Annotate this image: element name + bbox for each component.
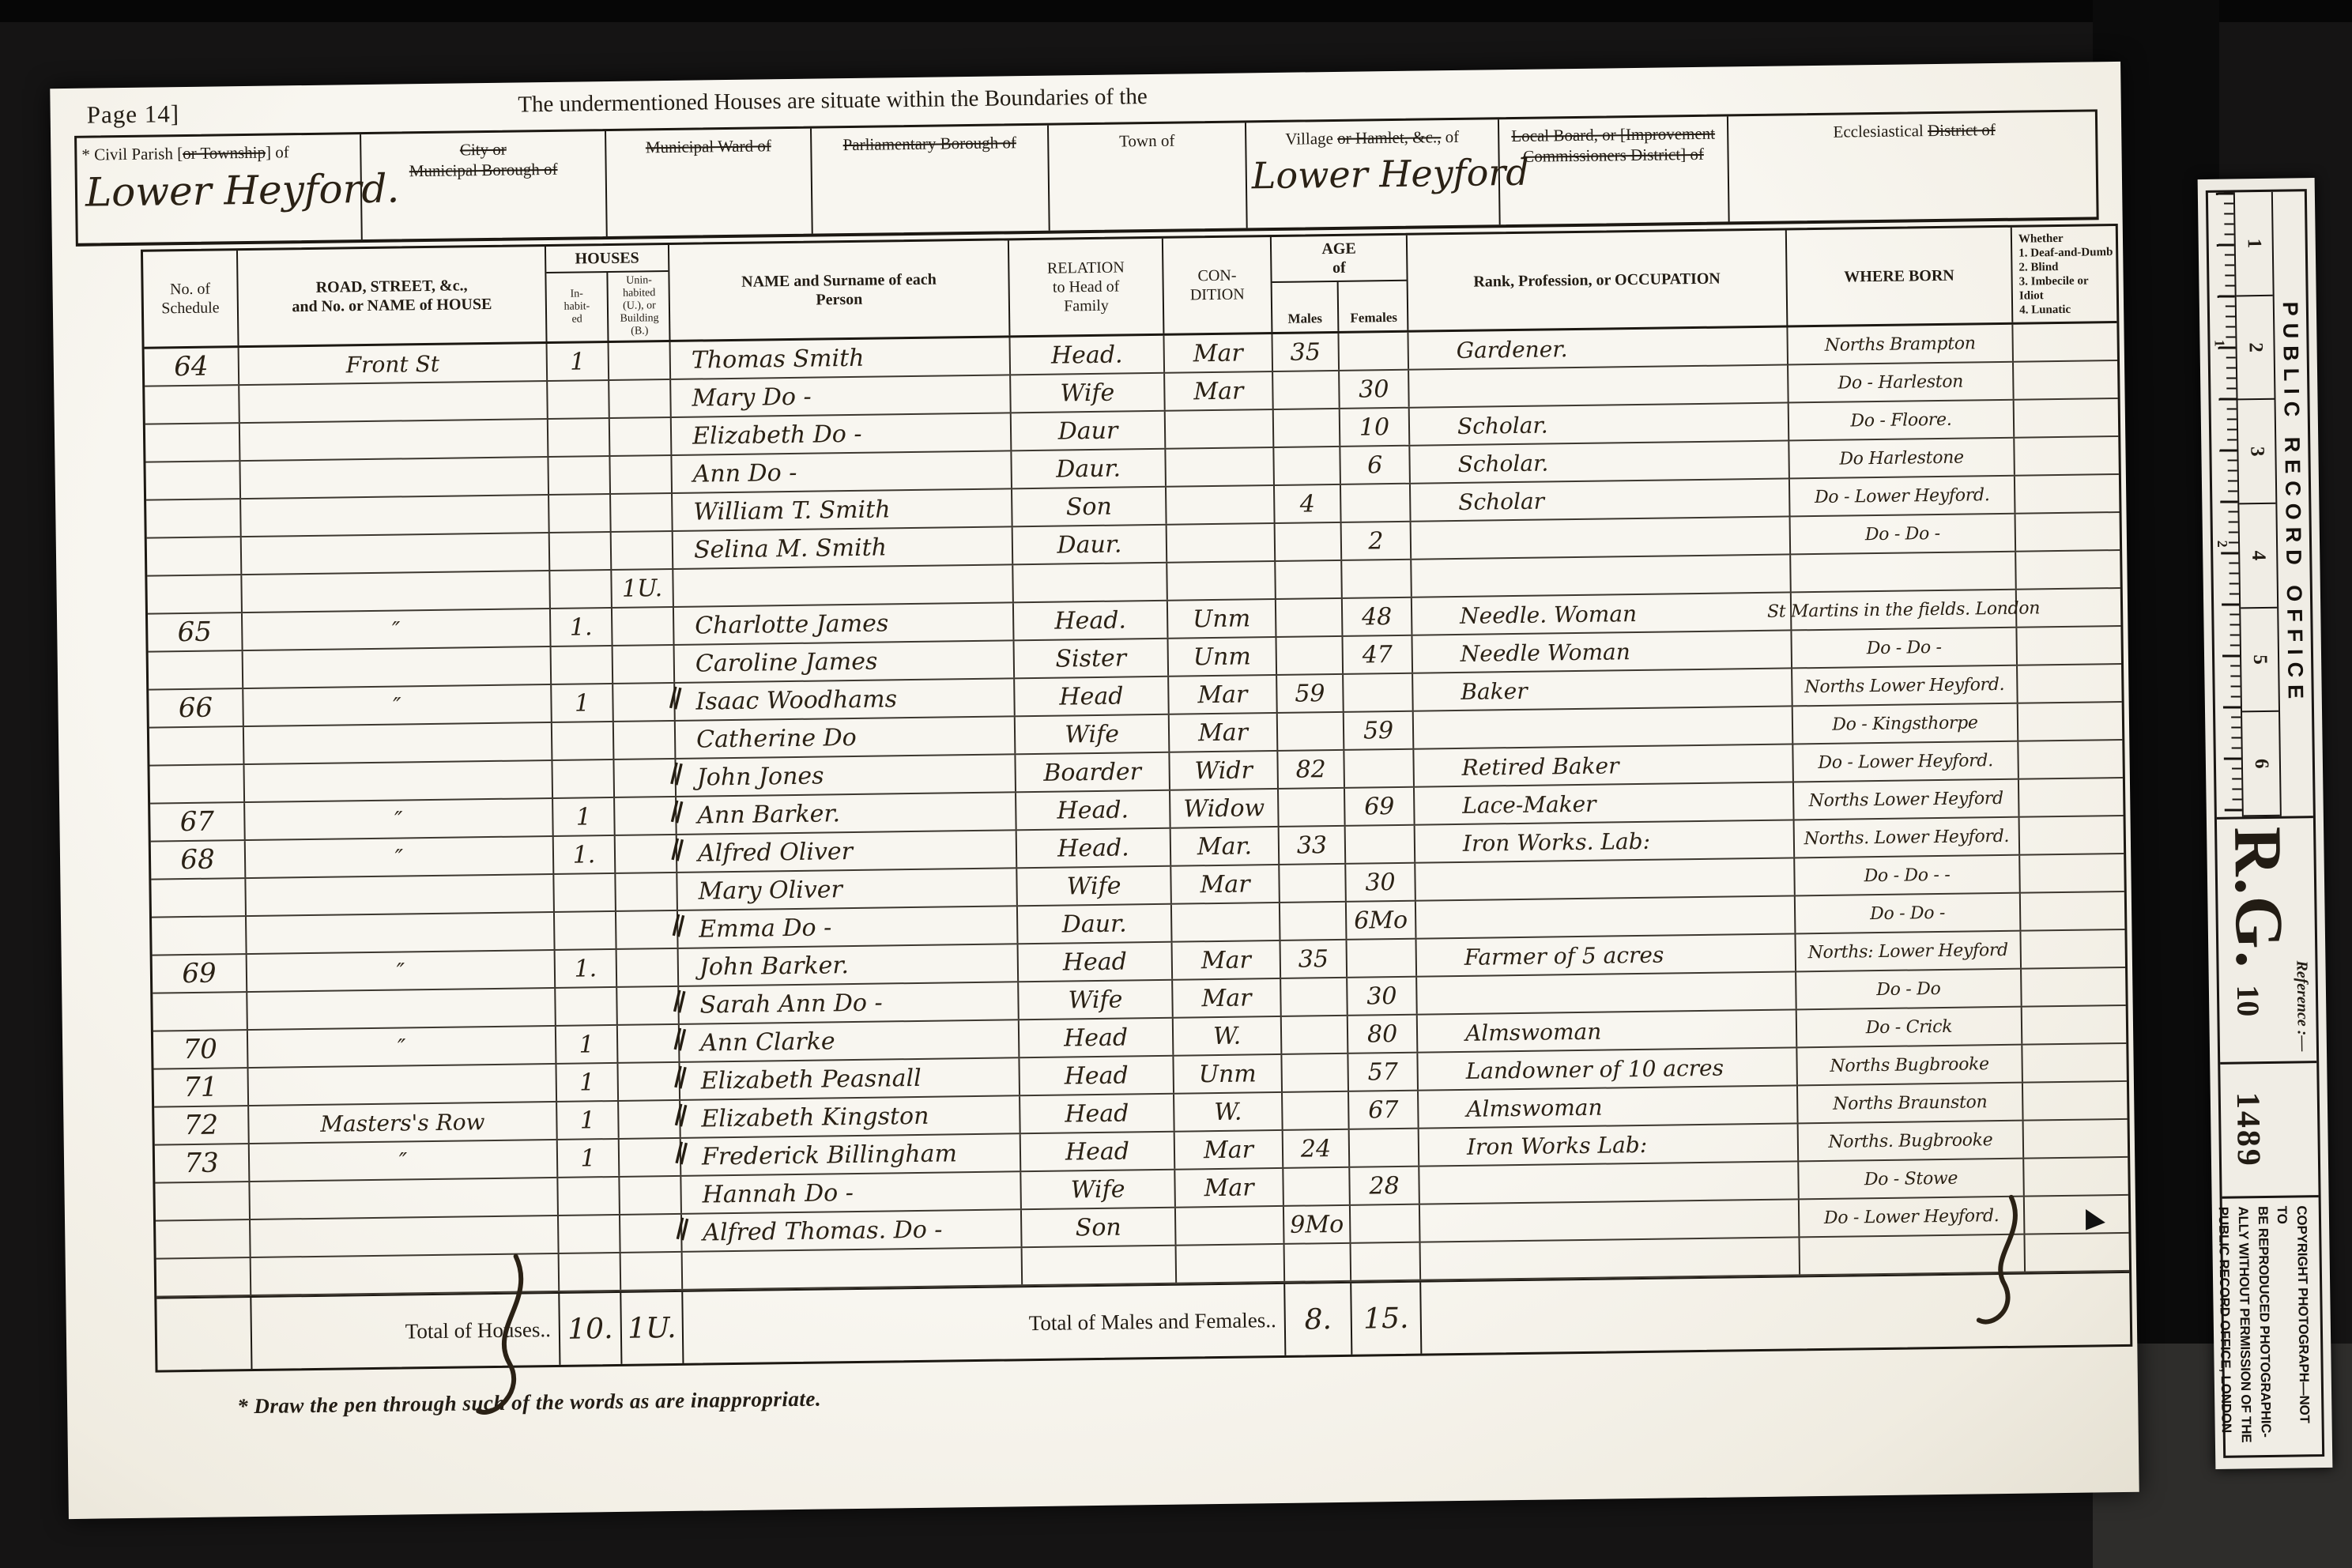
cell-am [1276,637,1344,674]
civil-parish-cell: * Civil Parish [or Township] of Lower He… [77,134,363,243]
cell-af [1344,674,1414,711]
cell-ih [558,1178,620,1215]
cell-c: Mar [1170,714,1279,752]
cell-s: 73 [155,1144,251,1182]
cell-b: Norths Lower Heyford [1794,780,2020,820]
page-title: The undermentioned Houses are situate wi… [50,77,1615,124]
cell-am: 9Mo [1284,1206,1351,1243]
cell-r [240,458,549,498]
cell-s [147,575,243,613]
cell-n: ∥Frederick Billingham [681,1134,1022,1175]
header-name: NAME and Surname of each Person [669,240,1011,340]
cell-af [1350,1129,1420,1167]
cell-uh [610,418,673,455]
cell-uh [609,380,672,417]
cell-n: ∥Isaac Woodhams [675,679,1016,720]
cell-inf [2022,1006,2127,1044]
cell-uh [620,1177,682,1214]
cell-uh [617,987,680,1024]
cell-rel: Head [1020,1057,1174,1095]
cell-am [1280,903,1347,940]
table-body: 64Front St1Thomas SmithHead.Mar35Gardene… [145,323,2129,1298]
cell-c: Mar. [1171,827,1280,865]
cell-inf [2020,816,2124,854]
cell-am: 35 [1272,334,1340,371]
cell-c: Unm [1174,1055,1283,1093]
cell-c [1167,486,1276,524]
cell-r [249,1065,558,1105]
cell-r [241,496,550,536]
cell-rel: Son [1022,1208,1177,1247]
header-infirmity: Whether 1. Deaf-and-Dumb 2. Blind 3. Imb… [2012,226,2117,322]
cell-s [150,765,246,803]
cell-o [1419,1162,1800,1203]
cell-b: Do - Lower Heyford. [1790,477,2016,516]
cell-r: ″ [247,951,556,991]
cell-r: ″ [246,837,555,877]
reference-section: Reference :— R.G. 10 [2217,816,2316,1062]
cell-uh [617,949,680,986]
cell-b: Do - Do - [1796,894,2022,933]
cell-uh [612,532,674,569]
cell-c [1166,410,1275,448]
ruler-cell: 3 [2238,400,2276,504]
cell-s [156,1258,252,1296]
ecclesiastical-cell: Ecclesiastical District of [1728,111,2101,221]
cell-o: Lace-Maker [1415,782,1795,824]
cell-b: St Martins in the fields. London [1792,590,2018,630]
cell-af: 57 [1348,1053,1419,1091]
cell-r [247,989,556,1029]
cell-inf [2025,1196,2129,1234]
cell-am [1273,371,1340,409]
cell-n: ∥Alfred Oliver [677,831,1018,872]
cell-rel: Head. [1014,601,1169,640]
cell-inf [2022,968,2126,1006]
cell-inf [2015,437,2119,475]
cell-rel: Wife [1019,981,1174,1020]
cell-c: Mar [1175,1169,1284,1207]
cell-n: ∥Ann Barker. [677,793,1017,834]
cell-n: ∥Emma Do - [678,906,1019,948]
cell-rel: Head. [1016,791,1171,830]
cell-am [1281,978,1348,1016]
cell-n: Charlotte James [674,603,1015,644]
reference-series: R.G. [2218,826,2300,969]
cell-r [242,571,551,612]
cell-inf [2017,589,2121,627]
cell-am [1280,865,1347,902]
cell-ih: 1 [556,1064,619,1101]
cell-b: Do - Do - [1791,514,2017,554]
cell-am: 24 [1283,1130,1351,1167]
cell-ih [559,1216,621,1253]
total-males: 8. [1285,1283,1352,1355]
cell-rel: Daur. [1013,526,1168,564]
cell-uh [620,1139,682,1176]
totals-spacer [156,1298,252,1370]
cell-uh [616,911,679,948]
cell-n: ∥Ann Clarke [680,1020,1020,1061]
cell-af [1351,1243,1422,1280]
cell-am [1283,1092,1350,1129]
cell-ih: 1. [556,950,618,987]
municipal-ward-cell: Municipal Ward of [606,129,813,236]
cell-inf [2018,703,2123,741]
cell-rel: Head [1015,677,1170,716]
cell-ih: 1. [554,836,616,873]
cell-r [244,761,553,801]
cell-n: ∥Elizabeth Kingston [680,1096,1021,1137]
cell-af: 48 [1343,598,1413,635]
cell-r: ″ [245,799,554,839]
cell-ih: 1 [556,1026,619,1063]
cell-r [250,1178,559,1219]
cell-b: Do Harlestone [1789,439,2015,478]
cell-rel: Daur. [1018,905,1173,944]
cell-inf [2016,551,2120,589]
cell-ih [552,646,614,684]
cell-c: Mar [1171,865,1280,903]
cell-n: Elizabeth Do - [672,413,1012,454]
village-value: Lower Heyford [1251,152,1494,198]
cell-b [1791,552,2017,592]
cell-ih [554,874,616,911]
cell-uh [614,722,677,759]
cell-am [1276,599,1344,636]
ruler-inch-label: 1 [2211,340,2227,347]
cell-r [247,913,556,953]
cell-b: Do - Do [1796,970,2022,1009]
cell-inf [2018,665,2122,703]
cell-af: 10 [1340,409,1411,446]
cell-rel: Wife [1011,374,1166,413]
cell-uh [615,797,677,835]
cell-c: Unm [1169,638,1278,676]
cell-s [156,1220,251,1258]
cell-af: 69 [1345,788,1415,825]
cell-ih [548,419,611,456]
cell-inf [2022,1044,2127,1082]
cell-o: Iron Works Lab: [1419,1124,1800,1165]
cell-c: Mar [1173,941,1282,979]
header-where-born: WHERE BORN [1787,228,2014,326]
cell-r [246,875,555,915]
cell-rel: Head [1020,1095,1175,1133]
cell-o: Scholar. [1410,403,1790,444]
cell-n [673,565,1014,606]
cell-b: Norths Bugbrooke [1797,1046,2023,1085]
city-borough-cell: City or Municipal Borough of [361,131,608,239]
cell-uh [620,1215,683,1252]
cell-n [683,1248,1023,1289]
cell-b [1800,1235,2026,1275]
cell-uh [612,608,675,645]
cell-am [1279,789,1346,826]
cell-c [1167,524,1276,562]
cell-inf [2021,892,2125,930]
cell-am [1282,1016,1349,1053]
ruler-cell: 1 [2235,192,2273,296]
cell-rel: Wife [1017,867,1172,906]
cell-n: Caroline James [675,641,1016,682]
cell-am [1274,409,1341,447]
cell-n: ∥Sarah Ann Do - [679,982,1020,1023]
cell-b: Norths: Lower Heyford [1796,932,2022,971]
cell-o: Baker [1413,669,1793,710]
cell-r [242,533,551,574]
cell-inf [2015,399,2119,437]
cell-b: Do - Crick [1797,1008,2023,1047]
cell-r [251,1254,560,1295]
ruler-cell: 4 [2239,504,2277,609]
instruction-footnote: * Draw the pen through such of the words… [237,1387,821,1419]
cell-rel: Head [1021,1133,1176,1171]
cell-ih: 1 [548,343,610,380]
cell-o [1415,858,1796,899]
census-table: No. of Schedule ROAD, STREET, &c., and N… [141,224,2132,1373]
cell-am: 59 [1277,675,1344,712]
header-condition: CON- DITION [1163,237,1273,334]
cell-s [149,727,245,765]
cell-rel: Daur. [1012,450,1167,488]
cell-c: Widr [1170,752,1279,790]
civil-parish-value: Lower Heyford. [85,166,356,215]
cell-ih [549,495,612,532]
cell-inf [2021,930,2125,968]
cell-s [147,537,243,575]
cell-am [1283,1168,1351,1205]
cell-uh [621,1253,684,1290]
cell-n: William T. Smith [673,489,1013,530]
boundary-header-band: * Civil Parish [or Township] of Lower He… [74,109,2099,246]
cell-s [146,499,242,537]
cell-af: 28 [1350,1167,1420,1204]
header-females: Females [1339,281,1409,331]
cell-inf [2020,854,2124,892]
cell-b: Do - Floore. [1789,401,2015,440]
cell-b: Do - Do - [1792,628,2018,668]
reference-class: 10 [2229,985,2267,1017]
cell-b: Do - Stowe [1799,1159,2025,1199]
cell-s: 67 [150,803,246,841]
village-cell: Village or Hamlet, &c., of Lower Heyford [1246,119,1501,228]
cell-af [1346,826,1416,863]
cell-inf [2016,513,2120,551]
cell-n: Thomas Smith [671,337,1012,379]
cell-n: Ann Do - [672,451,1012,492]
ruler-inch-label: 2 [2214,541,2230,548]
cell-s: 69 [153,955,248,993]
cell-ih [550,533,612,570]
cell-am [1274,447,1341,484]
cell-uh [613,684,676,721]
cell-af [1344,750,1415,787]
ruler-cell: 5 [2241,608,2278,712]
total-houses-inhabited: 10. [560,1293,622,1365]
cell-ih: 1 [553,798,616,835]
total-females: 15. [1351,1283,1422,1355]
cell-n: Selina M. Smith [673,527,1014,568]
ruler-cell: 6 [2242,712,2280,816]
cell-r [243,647,552,688]
cell-uh [616,873,678,910]
cell-ih: 1 [557,1102,620,1139]
cell-s: 64 [145,348,240,386]
cell-c: Mar [1173,979,1282,1017]
cell-af [1351,1205,1421,1242]
cell-inf [2015,475,2120,513]
cell-c: W. [1174,1093,1283,1131]
cell-o [1414,707,1794,748]
cell-n: ∥John Jones [676,755,1016,796]
cell-am [1278,713,1345,750]
cell-af: 67 [1349,1091,1419,1129]
cell-s [153,993,248,1031]
cell-af: 30 [1340,371,1410,408]
cell-am [1285,1244,1352,1281]
cell-s: 65 [148,613,243,651]
cell-o: Almswoman [1418,1010,1798,1051]
cell-c: Mar [1169,676,1278,714]
cell-c [1176,1207,1285,1245]
cell-n: John Barker. [679,944,1020,986]
cell-ih [550,571,612,608]
reference-piece-number: 1489 [2220,1061,2318,1197]
local-board-cell: Local Board, or [Improvement Commissione… [1499,116,1730,224]
cell-af: 30 [1346,864,1416,901]
cell-b: Do - Kingsthorpe [1793,704,2019,744]
cell-o: Needle. Woman [1412,593,1792,634]
cell-uh [609,342,672,379]
pro-ruler: PUBLIC RECORD OFFICE 123456 1 2 [2208,191,2313,817]
cell-am: 82 [1278,751,1345,788]
cell-s [145,424,241,462]
cell-o [1412,555,1792,596]
cell-s [155,1182,251,1220]
cell-n: Mary Do - [671,375,1012,416]
header-houses: HOUSES In- habit- ed Unin- habited (U.),… [546,245,671,341]
cell-af [1341,484,1412,522]
cell-s [152,917,247,955]
header-uninhabited: Unin- habited (U.), or Building (B.) [608,272,670,341]
cell-r: ″ [250,1140,559,1181]
cell-r: Front St [239,344,548,384]
cell-ih [552,760,615,797]
cell-b: Do - Lower Heyford. [1793,742,2019,782]
cell-r: ″ [243,685,552,726]
cell-ih [548,457,611,494]
cell-r [244,723,553,763]
cell-rel: Head [1019,943,1174,982]
cell-c [1172,903,1281,941]
cell-b: Norths Brampton [1788,325,2014,364]
cell-af [1339,333,1409,370]
cell-af [1342,560,1412,597]
cell-inf [2024,1158,2128,1196]
cell-b: Norths Braunston [1798,1084,2024,1123]
cell-ih [555,912,617,949]
cell-c [1166,448,1275,486]
cell-c: W. [1174,1017,1283,1055]
cell-o [1416,896,1796,937]
parliamentary-borough-cell: Parliamentary Borough of [812,126,1050,234]
cell-uh [611,494,673,531]
cell-o: Scholar. [1410,441,1790,482]
cell-r [251,1216,560,1257]
cell-c: Mar [1175,1131,1284,1169]
header-road: ROAD, STREET, &c., and No. or NAME of HO… [238,247,548,345]
totals-spacer-right [1421,1273,2130,1354]
cell-am [1276,523,1343,560]
header-relation: RELATION to Head of Family [1009,239,1165,336]
cell-n: ∥Elizabeth Peasnall [680,1058,1020,1099]
cell-o: Needle Woman [1412,631,1792,672]
cell-uh [618,1025,680,1062]
cell-o: Gardener. [1408,327,1788,368]
cell-c: Unm [1168,600,1277,638]
cell-inf [2019,778,2124,816]
header-age: AGE of Males Females [1272,236,1409,332]
cell-af: 59 [1344,712,1415,749]
cell-am: 33 [1280,827,1347,864]
cell-c [1167,562,1276,600]
cell-uh [618,1063,680,1100]
cell-ih [548,381,610,418]
cell-o [1412,517,1792,558]
cell-rel: Head. [1017,829,1172,868]
copyright-notice: COPYRIGHT PHOTOGRAPH—NOT TO BE REPRODUCE… [2222,1195,2322,1451]
cell-o: Almswoman [1419,1086,1799,1127]
cell-inf [2014,361,2118,399]
cell-am [1282,1054,1349,1091]
cell-rel: Head [1020,1019,1174,1057]
cell-r: ″ [243,609,552,650]
cell-af: 6Mo [1347,902,1417,939]
cell-r: Masters's Row [249,1102,558,1143]
cell-uh [613,646,676,683]
cell-s [145,462,241,499]
cell-ih [552,722,615,759]
cell-uh [616,835,678,873]
cell-s [151,879,247,917]
cell-am [1276,561,1343,598]
cell-ih: 1 [558,1140,620,1177]
cell-o [1421,1238,1801,1279]
cell-af: 47 [1343,636,1413,673]
cell-o [1420,1200,1800,1241]
cell-c: Widow [1170,790,1280,827]
cell-o: Scholar [1411,479,1791,520]
cell-s: 68 [151,841,247,879]
cell-rel: Head. [1010,336,1165,375]
scan-background: Page 14] The undermentioned Houses are s… [0,0,2352,1568]
cell-inf [2025,1234,2129,1272]
cell-am: 35 [1281,940,1348,978]
cell-s: 71 [154,1069,250,1106]
cell-inf [2023,1082,2128,1120]
cell-rel [1023,1246,1178,1285]
total-houses-uninhabited: 1U. [621,1292,684,1364]
cell-s: 70 [153,1031,249,1069]
cell-o: Retired Baker [1414,744,1794,786]
cell-b: Do - Harleston [1788,363,2015,402]
cell-n: ∥Alfred Thomas. Do - [682,1210,1023,1251]
cell-uh [614,759,677,797]
cell-o [1417,972,1797,1013]
pro-reference-strip: PUBLIC RECORD OFFICE 123456 1 2 Referenc… [2198,178,2333,1469]
census-page: Page 14] The undermentioned Houses are s… [50,62,2139,1519]
